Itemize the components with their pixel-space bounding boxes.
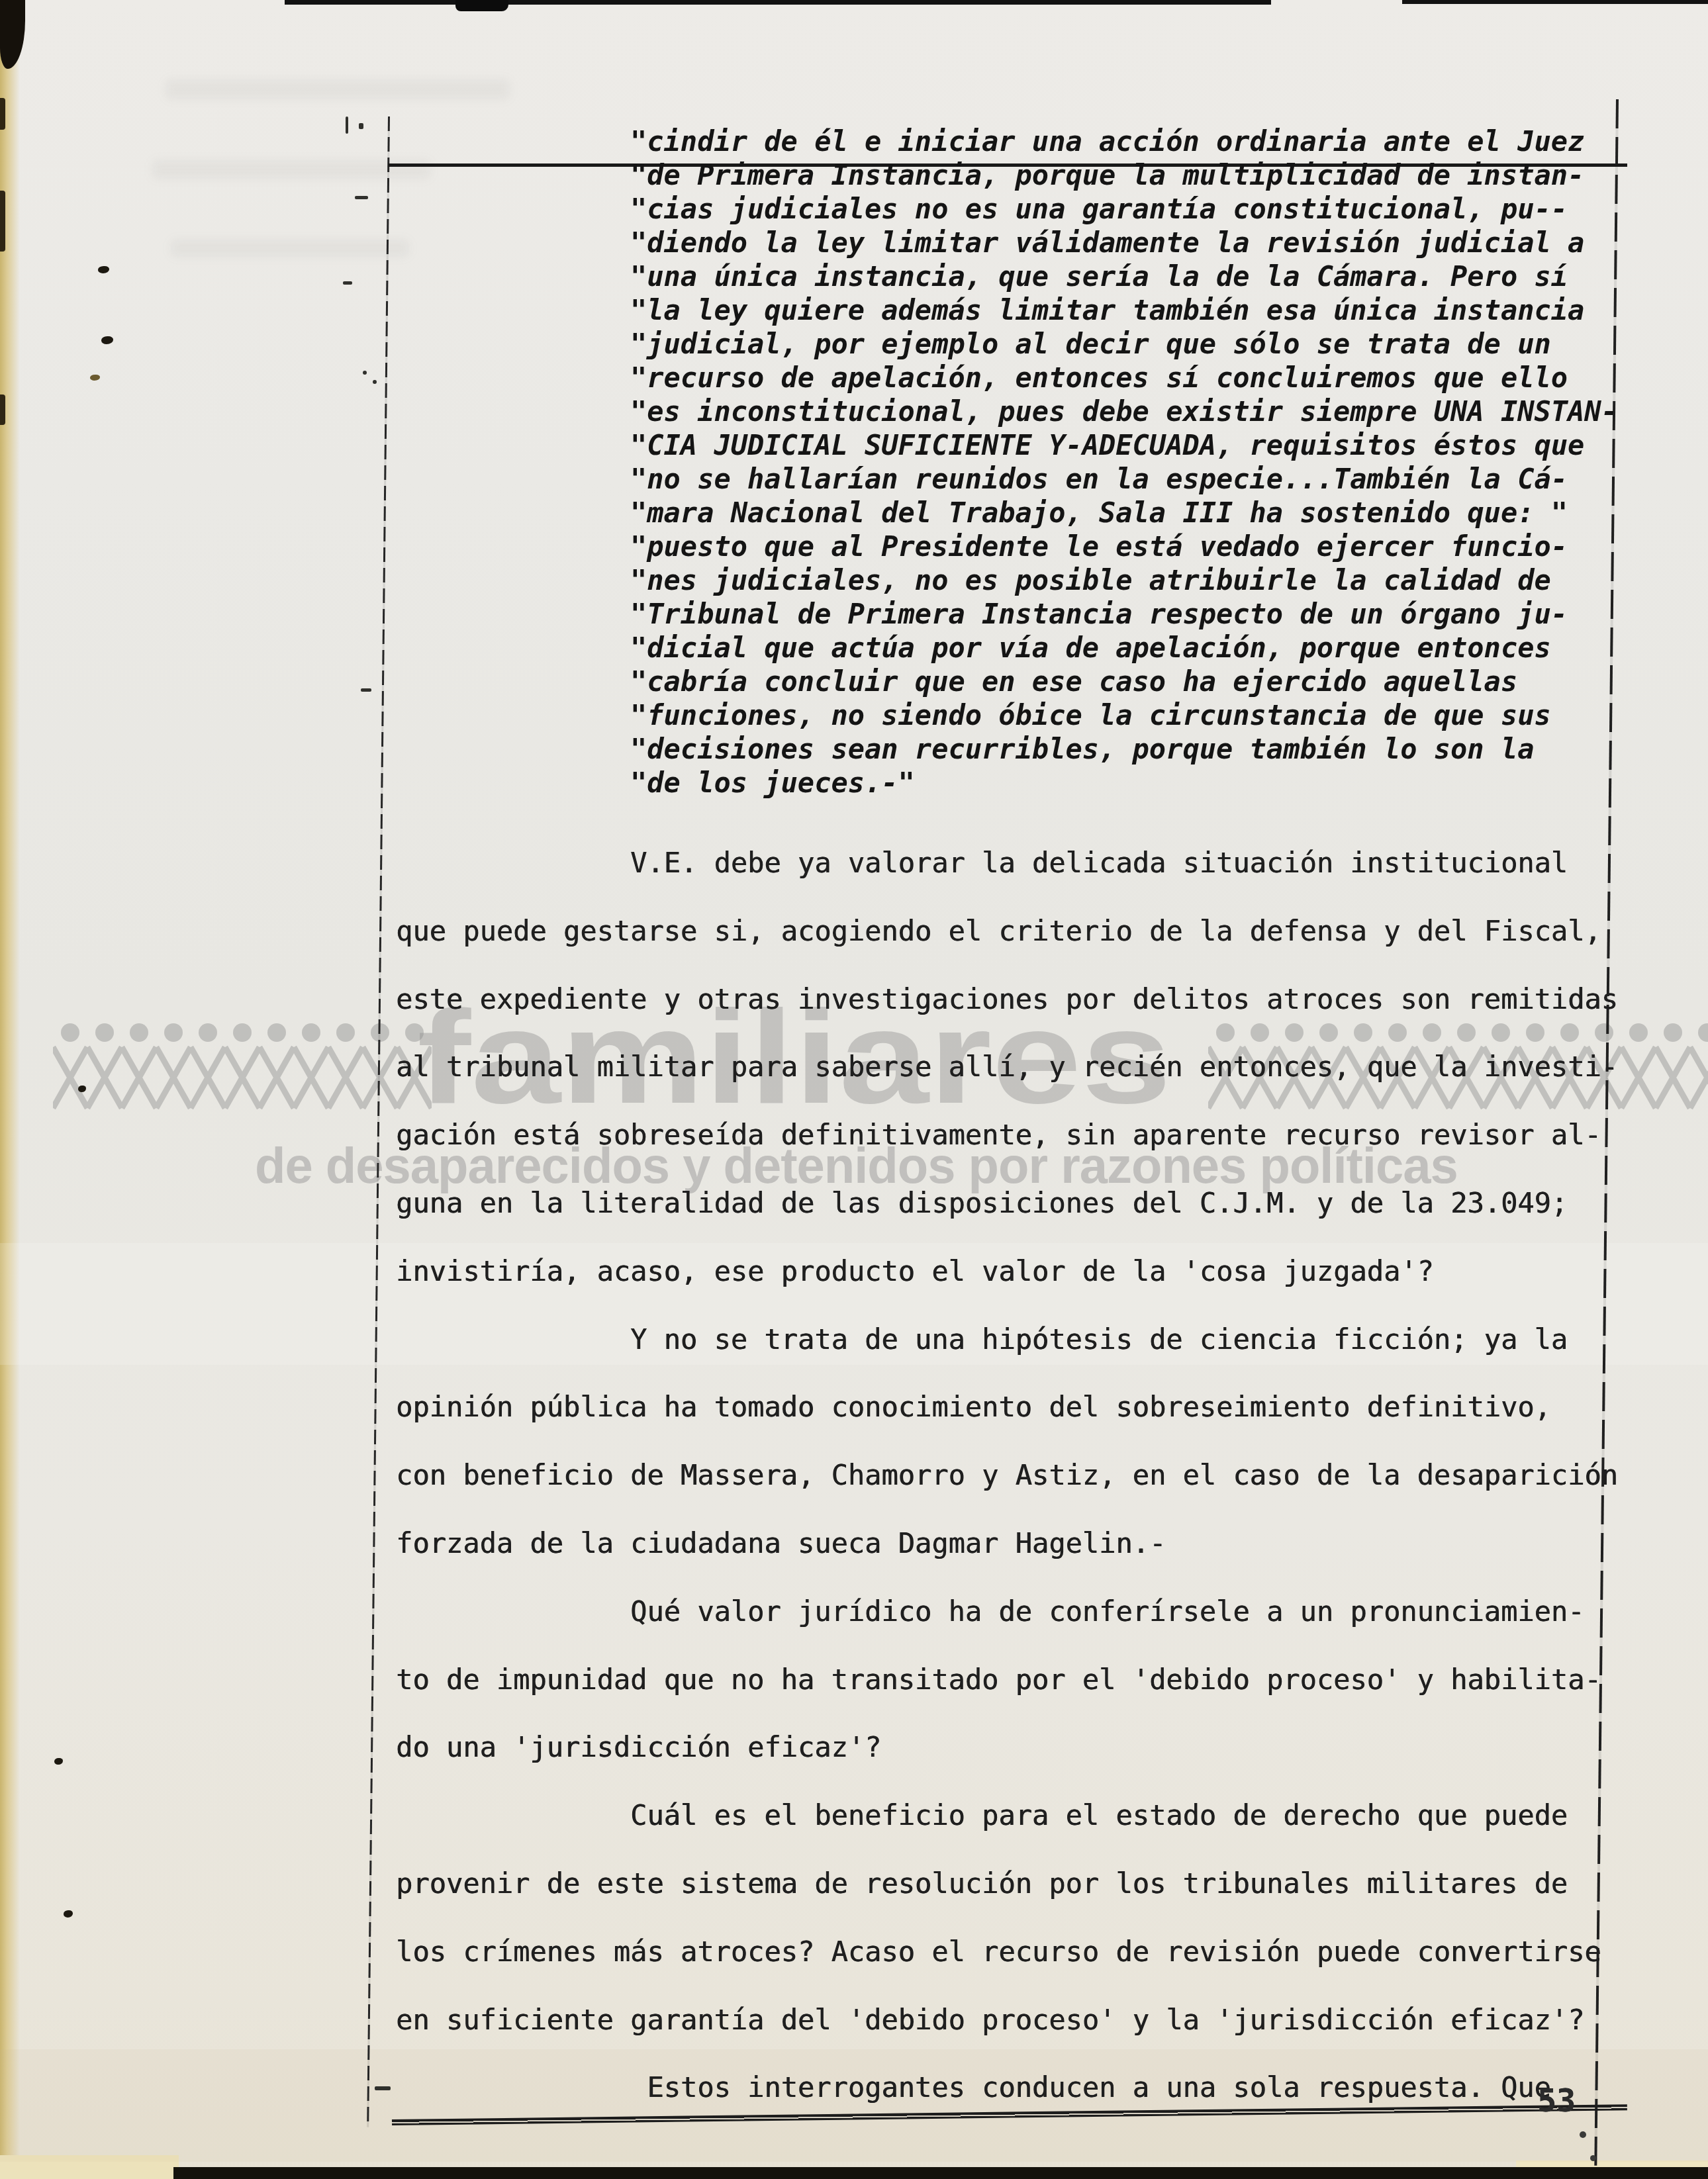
margin-dash (375, 2086, 391, 2090)
bleed-through-ghost (171, 240, 409, 257)
ink-speck (64, 1910, 73, 1918)
ink-speck (101, 336, 113, 344)
corner-blotch (0, 0, 25, 69)
margin-dot (363, 371, 367, 375)
page-number: 53 (1537, 2082, 1576, 2119)
margin-dash (355, 196, 368, 199)
edge-stain (0, 191, 5, 252)
scan-top-edge (1402, 0, 1708, 4)
paper-doll-chain-left-icon (53, 1021, 432, 1120)
edge-stain (0, 394, 5, 425)
ink-speck (54, 1758, 63, 1765)
bleed-through-ghost (166, 79, 510, 99)
body-text: V.E. debe ya valorar la delicada situaci… (396, 829, 1640, 2122)
margin-dash (343, 281, 352, 285)
scanned-document-page: familiares de desaparecidos y detenidos … (0, 0, 1708, 2179)
scan-top-edge (285, 0, 1271, 5)
ink-speck (98, 266, 109, 273)
ink-dot (1580, 2131, 1586, 2138)
ink-dot (1590, 2155, 1596, 2161)
edge-stain (0, 98, 5, 130)
margin-dash (361, 688, 371, 692)
paper-left-edge (0, 0, 20, 2179)
left-margin-line (367, 116, 390, 2127)
quoted-citation-block: "cindir de él e iniciar una acción ordin… (630, 124, 1643, 800)
ink-speck (90, 375, 100, 381)
scan-top-edge-blob (455, 0, 508, 11)
scan-bottom-edge (173, 2167, 1708, 2179)
margin-tick (346, 116, 348, 134)
margin-tick (359, 123, 363, 129)
margin-dot (373, 380, 377, 384)
